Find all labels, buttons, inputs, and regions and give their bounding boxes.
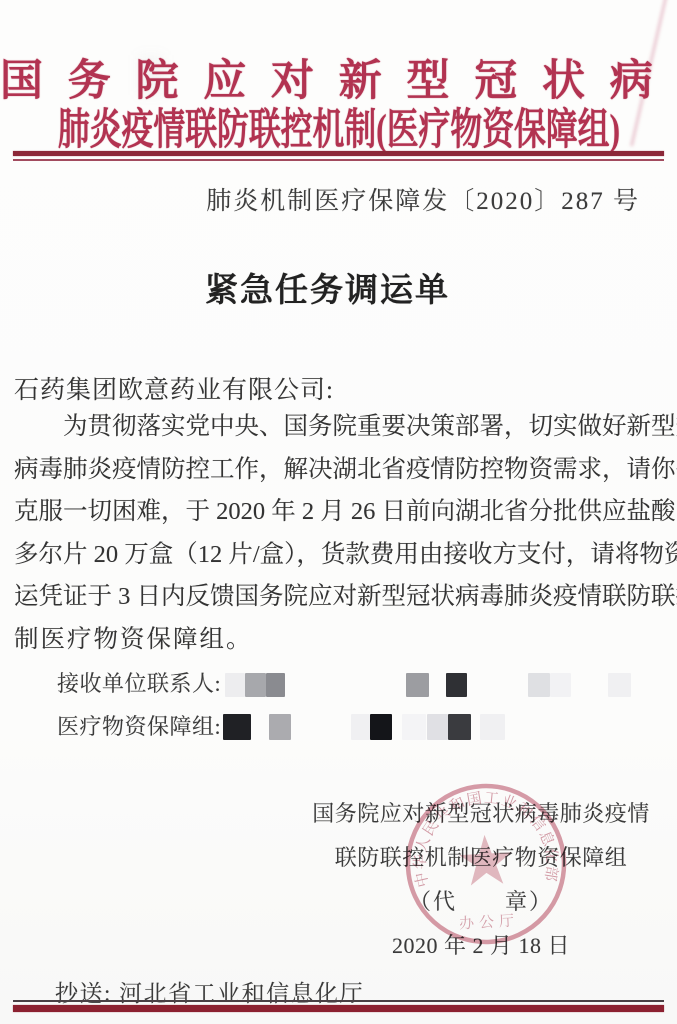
contact-label-receiver: 接收单位联系人:: [57, 671, 221, 697]
signature-seal-note: （代 章）: [305, 888, 657, 916]
signature-line2: 联防联控机制医疗物资保障组: [305, 844, 657, 872]
redacted-block: [402, 714, 426, 740]
redacted-block: [269, 714, 291, 740]
body-line: 病毒肺炎疫情防控工作，解决湖北省疫情防控物资需求，请你公司: [14, 449, 660, 492]
redacted-block: [528, 673, 550, 697]
redacted-block: [245, 673, 266, 697]
document-number: 肺炎机制医疗保障发〔2020〕287 号: [206, 181, 640, 217]
contact-label-supply-group: 医疗物资保障组:: [57, 714, 221, 740]
redacted-block: [446, 673, 467, 697]
footer-separator-thin: [13, 1000, 664, 1002]
document-page: 国 务 院 应 对 新 型 冠 状 病 毒 肺炎疫情联防联控机制(医疗物资保障组…: [0, 0, 677, 1024]
copy-to-line: 抄送: 河北省工业和信息化厅: [55, 975, 364, 1008]
body-line: 克服一切困难，于 2020 年 2 月 26 日前向湖北省分批供应盐酸阿比: [14, 491, 660, 534]
letterhead-separator-thin: [13, 159, 664, 161]
redacted-block: [406, 673, 429, 697]
redacted-block: [550, 673, 571, 697]
body-paragraph: 为贯彻落实党中央、国务院重要决策部署，切实做好新型冠状 病毒肺炎疫情防控工作，解…: [14, 406, 660, 661]
letterhead-separator-thick: [13, 151, 664, 156]
redacted-block: [448, 714, 471, 740]
redacted-block: [351, 714, 370, 740]
redacted-block: [427, 714, 448, 740]
body-line: 为贯彻落实党中央、国务院重要决策部署，切实做好新型冠状: [14, 406, 660, 449]
document-title: 紧急任务调运单: [0, 264, 655, 311]
redacted-block: [225, 673, 245, 697]
redacted-block: [223, 714, 251, 740]
recipient-line: 石药集团欧意药业有限公司:: [14, 370, 334, 406]
redacted-block: [370, 714, 392, 740]
body-line: 多尔片 20 万盒（12 片/盒），货款费用由接收方支付，请将物资调: [14, 534, 660, 577]
redacted-block: [266, 673, 285, 697]
letterhead-line2: 肺炎疫情联防联控机制(医疗物资保障组): [57, 96, 619, 157]
signature-date: 2020 年 2 月 18 日: [305, 932, 657, 960]
redacted-block: [480, 714, 505, 740]
signature-line1: 国务院应对新型冠状病毒肺炎疫情: [305, 800, 657, 828]
footer-separator-thick: [13, 1005, 664, 1012]
body-line: 运凭证于 3 日内反馈国务院应对新型冠状病毒肺炎疫情联防联控机: [14, 576, 660, 619]
body-line: 制医疗物资保障组。: [14, 619, 660, 662]
redacted-block: [608, 673, 631, 697]
